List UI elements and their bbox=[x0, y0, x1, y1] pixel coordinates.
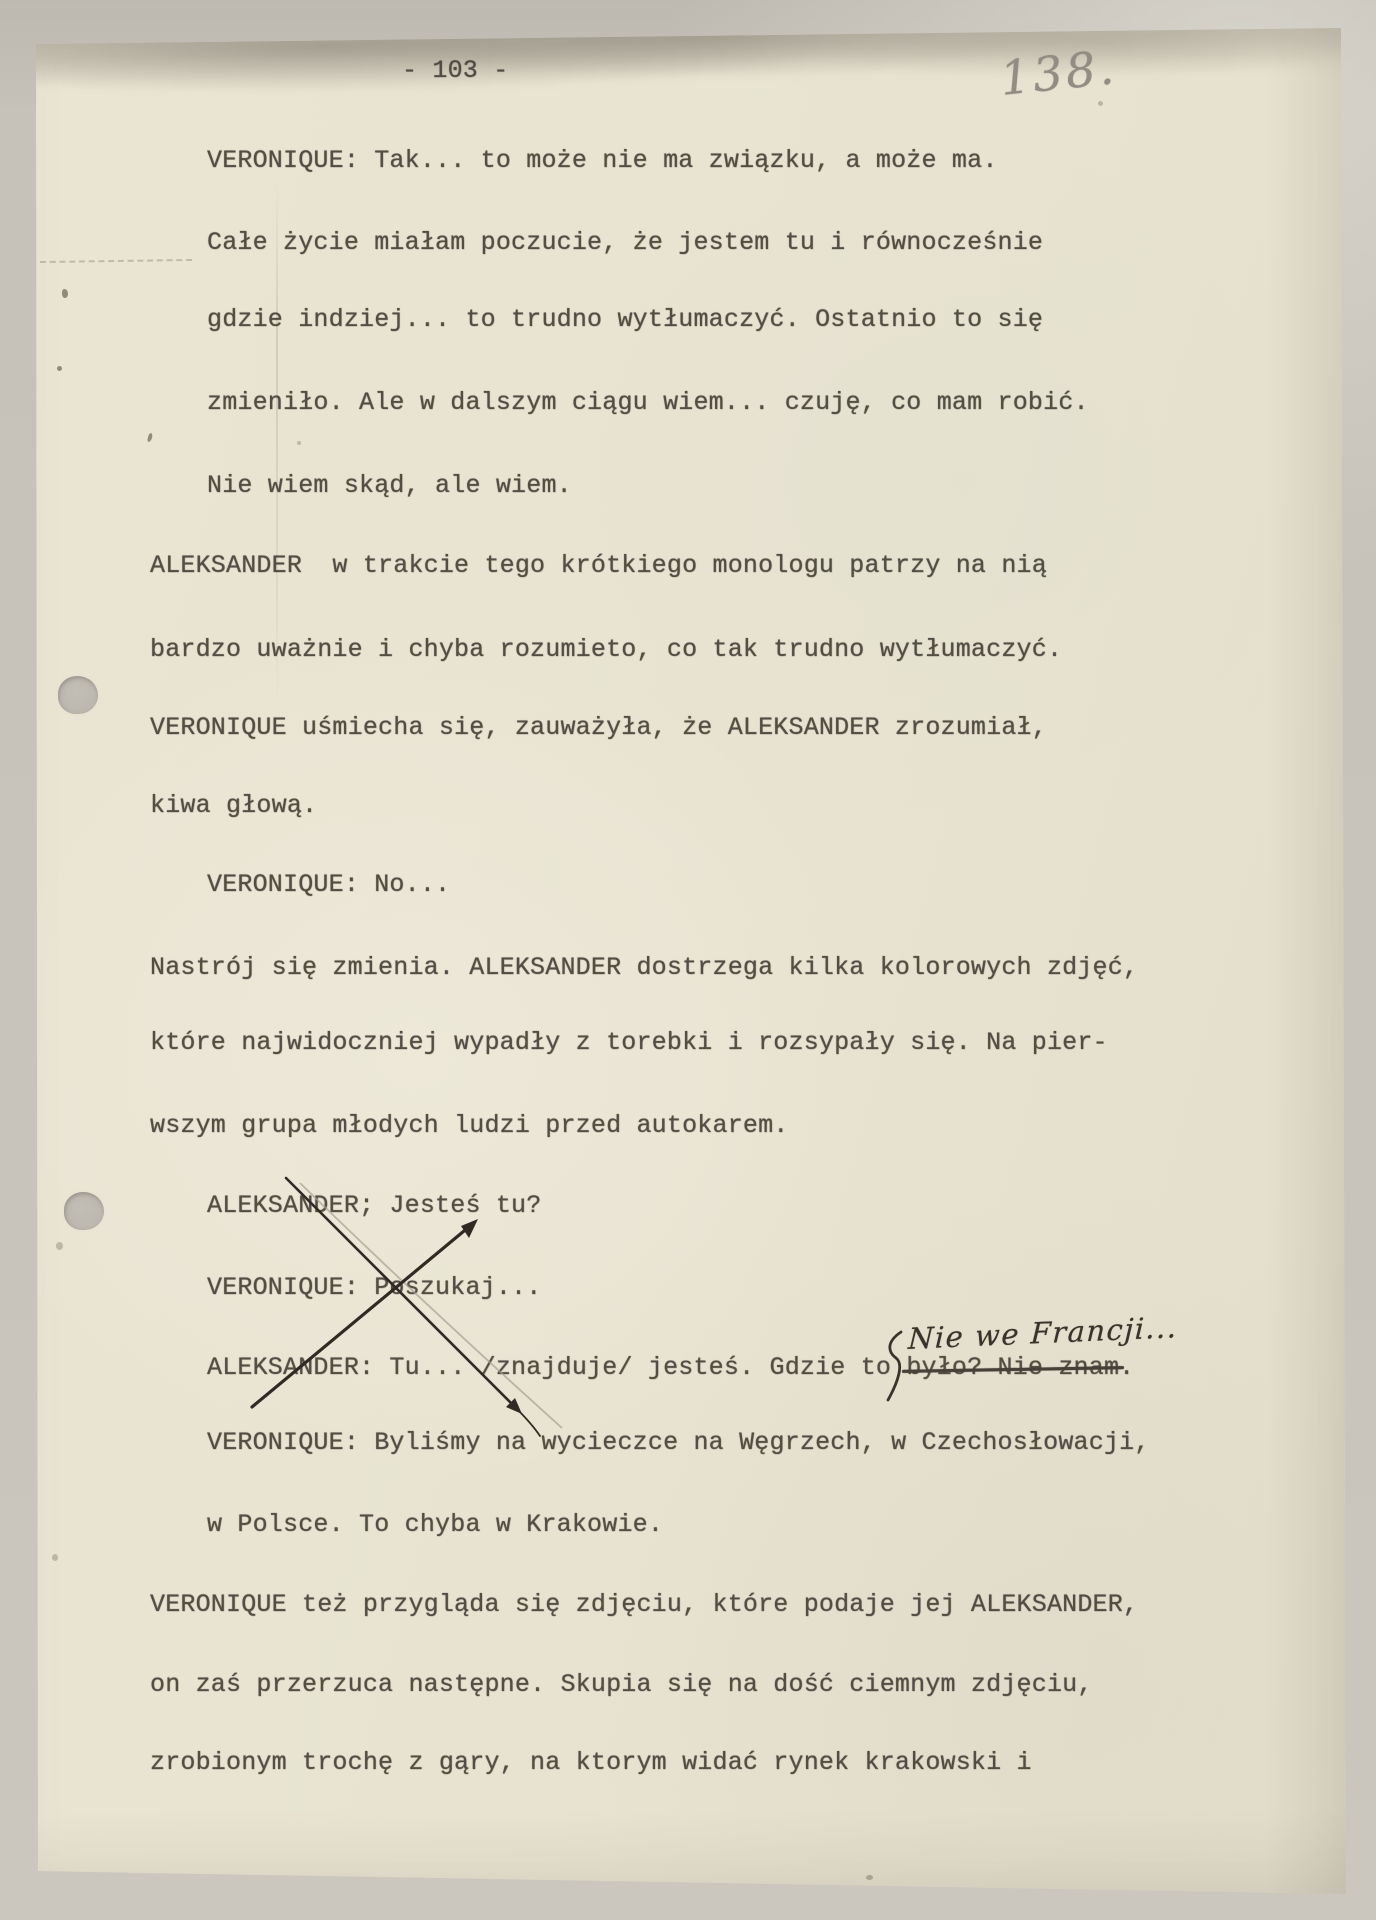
script-line: Nie wiem skąd, ale wiem. bbox=[207, 471, 572, 501]
paper-crease-vertical bbox=[276, 180, 278, 710]
script-line: on zaś przerzuca następne. Skupia się na… bbox=[150, 1670, 1093, 1700]
scan-shade-bottom bbox=[0, 1810, 1376, 1900]
script-line: VERONIQUE: Byliśmy na wycieczce na Węgrz… bbox=[207, 1428, 1150, 1458]
paper-sheet: - 103 - 138. VERONIQUE: Tak... to może n… bbox=[0, 0, 1376, 1920]
script-line: wszym grupa młodych ludzi przed autokare… bbox=[150, 1111, 789, 1141]
script-line: VERONIQUE też przygląda się zdjęciu, któ… bbox=[150, 1590, 1138, 1620]
script-line: Całe życie miałam poczucie, że jestem tu… bbox=[207, 228, 1043, 258]
struck-text: było? Nie znam bbox=[906, 1353, 1119, 1382]
script-line: w Polsce. To chyba w Krakowie. bbox=[207, 1510, 663, 1540]
page-number-typed: - 103 - bbox=[402, 56, 508, 86]
script-line: Nastrój się zmienia. ALEKSANDER dostrzeg… bbox=[150, 953, 1138, 983]
paper-speck bbox=[56, 1242, 63, 1250]
script-line: kiwa głową. bbox=[150, 791, 317, 821]
paper-speck bbox=[147, 433, 153, 443]
paper-speck bbox=[52, 1554, 58, 1561]
script-line: VERONIQUE: No... bbox=[207, 870, 450, 900]
script-line: ALEKSANDER; Jesteś tu? bbox=[207, 1191, 541, 1221]
arrowhead-up bbox=[461, 1219, 478, 1238]
punch-hole-bottom bbox=[64, 1192, 104, 1230]
script-line: gdzie indziej... to trudno wytłumaczyć. … bbox=[207, 305, 1043, 335]
punch-hole-top bbox=[58, 676, 98, 714]
script-line: zrobionym trochę z gąry, na ktorym widać… bbox=[150, 1748, 1032, 1778]
scan-shade-right bbox=[1266, 0, 1356, 1920]
script-line: ALEKSANDER w trakcie tego krótkiego mono… bbox=[150, 551, 1047, 581]
page-number-handwritten: 138. bbox=[997, 40, 1119, 107]
pencil-dash-marks bbox=[40, 259, 192, 263]
script-line: VERONIQUE: Tak... to może nie ma związku… bbox=[207, 146, 998, 176]
script-line: VERONIQUE: Poszukaj... bbox=[207, 1273, 541, 1303]
scan-grime-top-edge bbox=[0, 11, 1376, 98]
script-line: zmieniło. Ale w dalszym ciągu wiem... cz… bbox=[207, 388, 1089, 418]
paper-speck bbox=[866, 1875, 873, 1880]
paper-speck bbox=[57, 366, 62, 371]
scanned-script-page: { "colors": { "paper": "#e8e3d1", "backg… bbox=[0, 0, 1376, 1920]
script-line: ALEKSANDER: Tu... /znajduje/ jesteś. Gdz… bbox=[207, 1353, 1134, 1383]
paper-speck bbox=[62, 289, 68, 298]
script-line: VERONIQUE uśmiecha się, zauważyła, że AL… bbox=[150, 713, 1047, 743]
script-line: które najwidoczniej wypadły z torebki i … bbox=[150, 1028, 1108, 1058]
paper-speck bbox=[1098, 101, 1103, 106]
line-text: ALEKSANDER: Tu... /znajduje/ jesteś. Gdz… bbox=[207, 1353, 906, 1382]
arrowhead-down bbox=[506, 1398, 522, 1414]
handwritten-correction-note: Nie we Francji... bbox=[907, 1310, 1178, 1356]
paper-speck bbox=[297, 441, 301, 445]
script-line: bardzo uważnie i chyba rozumieto, co tak… bbox=[150, 635, 1062, 665]
